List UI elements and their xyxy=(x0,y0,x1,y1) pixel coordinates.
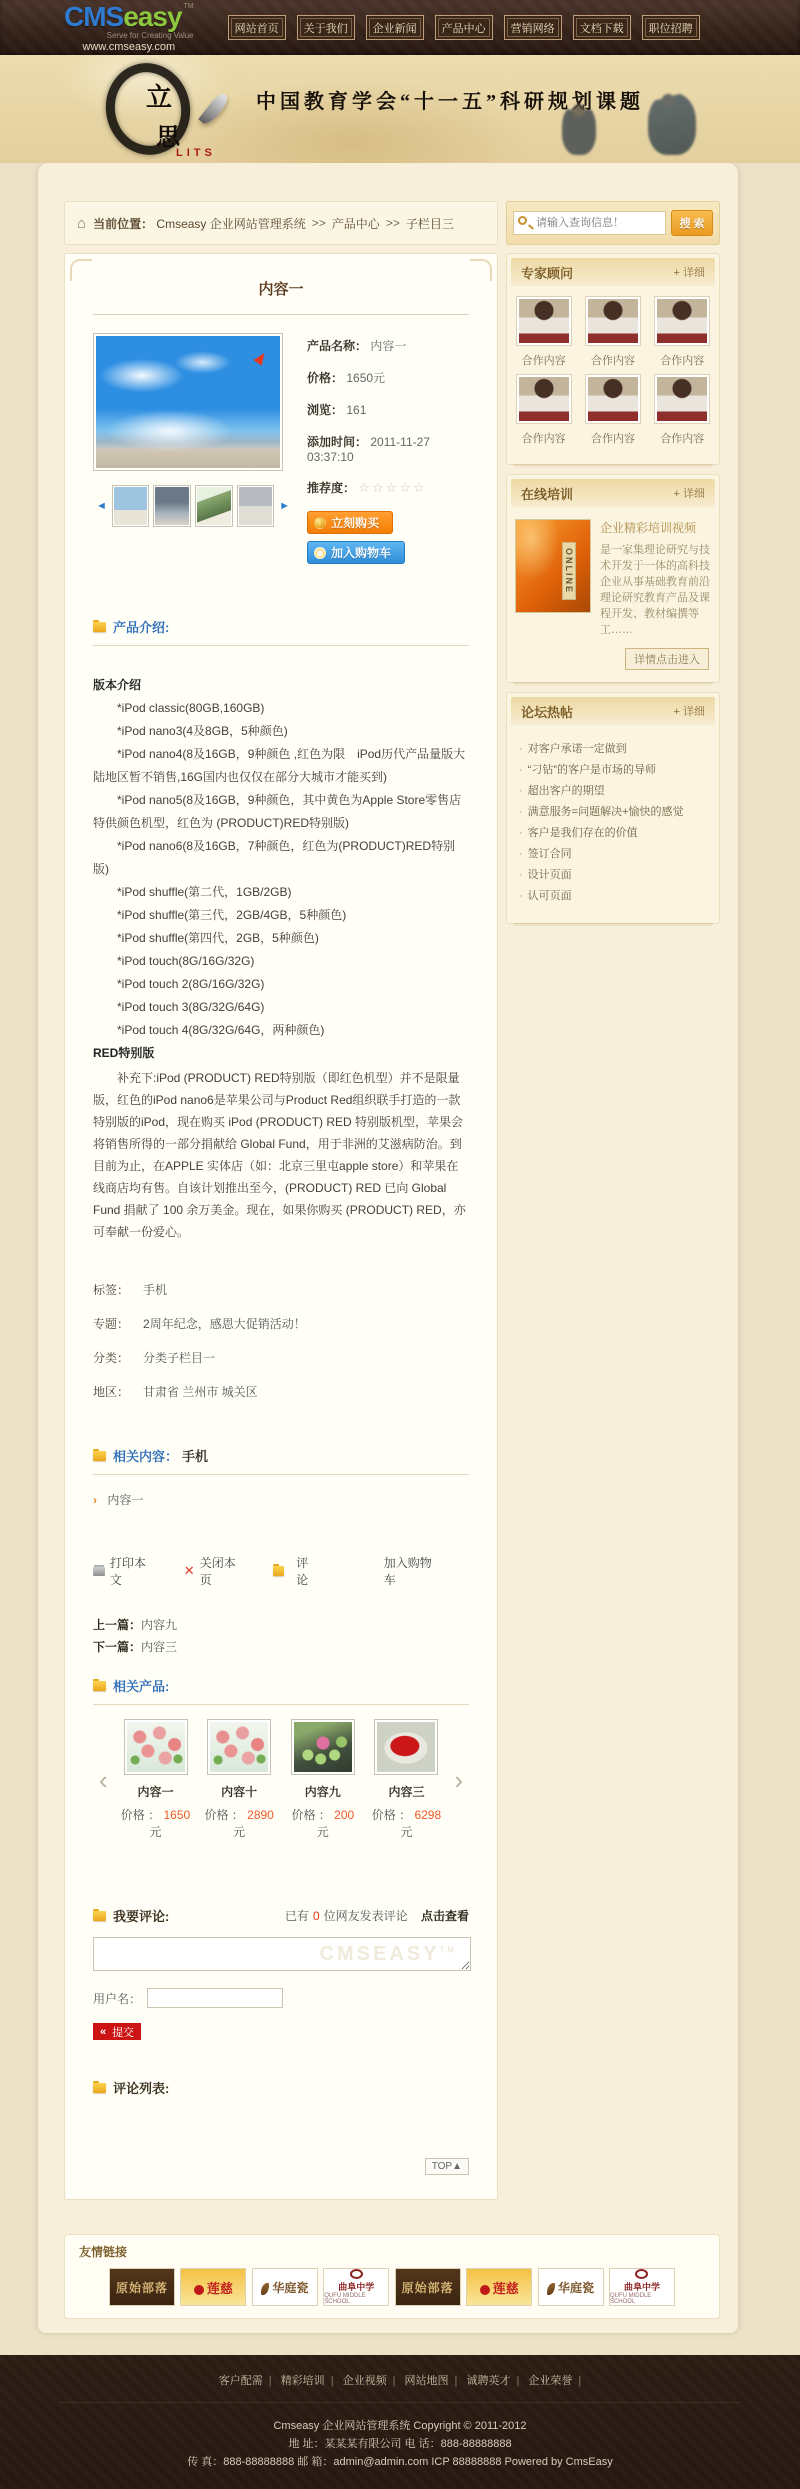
footer-link-sitemap[interactable]: 网站地图 xyxy=(405,2375,449,2387)
experts-header: 专家顾问 + 详细 xyxy=(511,258,715,286)
prev-next-nav: 上一篇：内容九 下一篇：内容三 xyxy=(93,1614,469,1658)
red-edition-paragraph: 补充下:iPod (PRODUCT) RED特别版（即红色机型）并不是限量版，红… xyxy=(93,1067,469,1243)
product-photo xyxy=(291,1719,355,1775)
article-toolbar: 打印本文 ✕ 关闭本页 评论 加入购物车 xyxy=(93,1554,469,1588)
nav-item-products[interactable]: 产品中心 xyxy=(435,15,493,40)
thumbnail-photo xyxy=(239,487,273,525)
bullet-icon: · xyxy=(519,785,523,797)
forum-post-link[interactable]: ·“刁钻”的客户是市场的导师 xyxy=(519,760,707,781)
submit-label: 提交 xyxy=(112,2024,134,2040)
friend-logo-porcelain[interactable]: 华庭瓷 xyxy=(538,2268,604,2306)
model-line: *iPod nano3(4及8GB，5种颜色) xyxy=(93,720,469,743)
forum-post-link[interactable]: ·认可页面 xyxy=(519,886,707,907)
training-description: 是一家集理论研究与技术开发于一体的高科技企业从事基础教育前沿理论研究教育产品及课… xyxy=(600,542,711,638)
footer-link-service[interactable]: 客户配需 xyxy=(219,2375,263,2387)
username-input[interactable] xyxy=(147,1988,283,2008)
model-line: *iPod nano6(8及16GB，7种颜色，红色为(PRODUCT)RED特… xyxy=(93,835,469,881)
logo-caption: QUFU MIDDLE SCHOOL xyxy=(324,2293,388,2305)
experts-grid: 合作内容 合作内容 合作内容 合作内容 xyxy=(507,290,719,452)
forum-post-link[interactable]: ·超出客户的期望 xyxy=(519,781,707,802)
footer-separator: | xyxy=(269,2375,272,2387)
expert-photo xyxy=(585,296,641,346)
model-line: *iPod shuffle(第三代，2GB/4GB，5种颜色) xyxy=(93,904,469,927)
expert-photo xyxy=(654,374,710,424)
nav-item-home[interactable]: 网站首页 xyxy=(228,15,286,40)
back-to-top-button[interactable]: TOP▲ xyxy=(425,2158,469,2175)
related-content-item[interactable]: › 内容一 xyxy=(93,1491,469,1508)
meta-topic-value[interactable]: 2周年纪念，感恩大促销活动！ xyxy=(143,1317,306,1331)
training-more-link[interactable]: + 详细 xyxy=(674,485,705,501)
submit-button[interactable]: « 提交 xyxy=(93,2023,141,2040)
product-rating-label: 推荐度： xyxy=(307,481,355,495)
product-meta: 标签：手机 专题：2周年纪念，感恩大促销活动！ 分类：分类子栏目一 地区：甘肃省… xyxy=(93,1281,469,1400)
forum-post-link[interactable]: ·满意服务=问题解决+愉快的感觉 xyxy=(519,802,707,823)
product-views-label: 浏览： xyxy=(307,403,343,417)
breadcrumb-separator: >> xyxy=(386,216,400,230)
footer-separator: | xyxy=(331,2375,334,2387)
logo-text: 曲阜中学 xyxy=(338,2280,374,2293)
next-label: 下一篇： xyxy=(93,1640,141,1654)
comment-heading: 我要评论: xyxy=(113,1906,169,1925)
submit-arrows: « xyxy=(100,2026,106,2038)
forum-header: 论坛热帖 + 详细 xyxy=(511,697,715,725)
footer-links: 客户配需| 精彩培训| 企业视频| 网站地图| 诚聘英才| 企业荣誉| xyxy=(0,2372,800,2388)
model-line: *iPod touch 3(8G/32G/64G) xyxy=(93,996,469,1019)
comment-input-area: CMSEASYTM xyxy=(93,1937,469,1974)
nav-item-jobs[interactable]: 职位招聘 xyxy=(642,15,700,40)
price-number: 6298 xyxy=(414,1808,441,1822)
breadcrumb-separator: >> xyxy=(312,216,326,230)
price-number: 2890 xyxy=(247,1808,274,1822)
meta-tag-value[interactable]: 手机 xyxy=(143,1283,167,1297)
sky-beach-photo xyxy=(96,336,280,468)
product-photo xyxy=(124,1719,188,1775)
forum-post-title: 满意服务=问题解决+愉快的感觉 xyxy=(528,806,684,818)
product-info: 产品名称： 内容一 价格： 1650元 浏览： 161 添加时间： 2011-1… xyxy=(293,333,469,571)
meta-region-value[interactable]: 甘肃省 兰州市 城关区 xyxy=(143,1385,258,1399)
logo-text: 莲慈 xyxy=(207,2281,233,2296)
nav-item-about[interactable]: 关于我们 xyxy=(297,15,355,40)
expert-caption[interactable]: 合作内容 xyxy=(582,352,644,368)
price-label: 价格 ： xyxy=(372,1808,411,1822)
price-unit: 元 xyxy=(233,1825,245,1839)
friend-logo-lotus[interactable]: 莲慈 xyxy=(180,2268,246,2306)
folder-icon xyxy=(93,622,106,632)
view-comments-link[interactable]: 点击查看 xyxy=(421,1909,469,1923)
bullet-icon: · xyxy=(519,764,523,776)
thumbnail-3[interactable] xyxy=(195,485,233,527)
logo-text-easy: easy xyxy=(123,3,181,31)
bullet-icon: · xyxy=(519,743,523,755)
logo-text: 原始部落 xyxy=(116,2279,168,2296)
close-page-button[interactable]: ✕ 关闭本页 xyxy=(184,1554,243,1588)
close-icon: ✕ xyxy=(184,1563,195,1579)
related-product-name[interactable]: 内容十 xyxy=(203,1783,275,1800)
banner-lits-text: LITS xyxy=(176,147,216,159)
thumb-next-arrow[interactable]: ► xyxy=(276,500,293,512)
forum-post-title: 对客户承诺一定做到 xyxy=(528,743,627,755)
footer-link-jobs[interactable]: 诚聘英才 xyxy=(466,2375,510,2387)
product-date-label: 添加时间： xyxy=(307,435,367,449)
search-button[interactable]: 搜 索 xyxy=(671,210,713,236)
bullet-icon: · xyxy=(519,806,523,818)
product-photo xyxy=(374,1719,438,1775)
seal-icon xyxy=(480,2285,490,2295)
product-detail-panel: 内容一 ◄ xyxy=(64,253,498,2200)
forum-title: 论坛热帖 xyxy=(521,702,573,721)
forum-post-title: 超出客户的期望 xyxy=(528,785,605,797)
expert-caption[interactable]: 合作内容 xyxy=(513,430,575,446)
price-label: 价格 ： xyxy=(204,1808,243,1822)
friend-logo-school[interactable]: 曲阜中学 QUFU MIDDLE SCHOOL xyxy=(609,2268,675,2306)
portrait-photo xyxy=(519,299,569,343)
folder-icon xyxy=(93,1681,106,1691)
forum-post-link[interactable]: ·签订合同 xyxy=(519,844,707,865)
related-products-heading: 相关产品: xyxy=(113,1676,169,1695)
ink-figure-art xyxy=(648,93,696,155)
portrait-photo xyxy=(519,377,569,421)
related-product-name[interactable]: 内容一 xyxy=(120,1783,192,1800)
related-content-keyword: 手机 xyxy=(182,1446,208,1465)
forum-post-link[interactable]: ·客户是我们存在的价值 xyxy=(519,823,707,844)
training-box: 在线培训 + 详细 ONLINE 企业精彩培训视频 是一家集理论研究与技术开发于… xyxy=(506,474,720,683)
footer-separator: | xyxy=(516,2375,519,2387)
training-detail-button[interactable]: 详情点击进入 xyxy=(625,648,709,670)
price-label: 价格 ： xyxy=(121,1808,160,1822)
expert-caption[interactable]: 合作内容 xyxy=(651,430,713,446)
banner: 立 思 中国教育学会“十一五”科研规划课题 LITS xyxy=(0,55,800,163)
related-product-card[interactable]: 内容一 价格 ： 1650元 xyxy=(120,1719,192,1840)
model-line: *iPod classic(80GB,160GB) xyxy=(93,697,469,720)
expert-caption[interactable]: 合作内容 xyxy=(513,352,575,368)
expert-photo xyxy=(516,374,572,424)
comment-count: 0 xyxy=(313,1909,320,1923)
product-description: 版本介绍 *iPod classic(80GB,160GB) *iPod nan… xyxy=(93,674,469,1243)
product-price-label: 价格： xyxy=(307,371,343,385)
friend-logo-school[interactable]: 曲阜中学 QUFU MIDDLE SCHOOL xyxy=(323,2268,389,2306)
nav-item-marketing[interactable]: 营销网络 xyxy=(504,15,562,40)
related-content-link[interactable]: 内容一 xyxy=(107,1493,143,1507)
rating-stars[interactable]: ☆☆☆☆☆ xyxy=(358,480,426,495)
friend-links-title: 友情链接 xyxy=(79,2243,705,2260)
footer-separator: | xyxy=(393,2375,396,2387)
bullet-icon: · xyxy=(519,890,523,902)
logo-tagline: Serve for Creating Value xyxy=(64,32,194,40)
related-content-heading: 相关内容： xyxy=(113,1446,178,1465)
product-name-label: 产品名称： xyxy=(307,339,367,353)
site-logo[interactable]: CMSeasyTM Serve for Creating Value www.c… xyxy=(64,3,194,53)
model-line: *iPod shuffle(第四代，2GB，5种颜色) xyxy=(93,927,469,950)
corner-flourish xyxy=(470,259,492,281)
leaf-icon xyxy=(547,2283,555,2295)
comment-list-section: 评论列表: xyxy=(93,2078,469,2106)
related-product-card[interactable]: 内容三 价格 ： 6298元 xyxy=(370,1719,442,1840)
comment-label: 评论 xyxy=(296,1554,317,1588)
expert-photo xyxy=(585,374,641,424)
forum-box: 论坛热帖 + 详细 ·对客户承诺一定做到 ·“刁钻”的客户是市场的导师 ·超出客… xyxy=(506,692,720,924)
copyright-line: Cmseasy 企业网站管理系统 Copyright © 2011-2012 xyxy=(0,2417,800,2435)
red-edition-title: RED特别版 xyxy=(93,1042,469,1065)
product-price-value: 1650元 xyxy=(346,371,385,385)
online-ribbon: ONLINE xyxy=(562,542,576,600)
logo-caption: QUFU MIDDLE SCHOOL xyxy=(610,2293,674,2305)
model-line: *iPod shuffle(第二代，1GB/2GB) xyxy=(93,881,469,904)
site-url: www.cmseasy.com xyxy=(64,42,194,53)
search-box: 搜 索 xyxy=(506,201,720,245)
portrait-photo xyxy=(657,377,707,421)
print-button[interactable]: 打印本文 xyxy=(93,1554,154,1588)
portrait-photo xyxy=(588,299,638,343)
section-related-content: 相关内容： 手机 xyxy=(93,1446,469,1475)
price-unit: 元 xyxy=(400,1825,412,1839)
expert-card[interactable]: 合作内容 xyxy=(582,296,644,368)
banner-title: 中国教育学会“十一五”科研规划课题 xyxy=(256,85,676,114)
forum-post-title: 签订合同 xyxy=(528,848,572,860)
comment-stats: 已有0位网友发表评论 点击查看 xyxy=(285,1907,469,1924)
forum-more-link[interactable]: + 详细 xyxy=(674,703,705,719)
experts-title: 专家顾问 xyxy=(521,263,573,282)
site-header: CMSeasyTM Serve for Creating Value www.c… xyxy=(0,0,800,55)
forum-list: ·对客户承诺一定做到 ·“刁钻”的客户是市场的导师 ·超出客户的期望 ·满意服务… xyxy=(507,729,719,911)
logo-text: 原始部落 xyxy=(402,2279,454,2296)
nav-item-downloads[interactable]: 文档下载 xyxy=(573,15,631,40)
food-photo xyxy=(210,1722,268,1772)
price-number: 1650 xyxy=(163,1808,190,1822)
bullet-icon: · xyxy=(519,869,523,881)
stats-prefix: 已有 xyxy=(285,1909,309,1923)
home-icon[interactable]: ⌂ xyxy=(77,215,86,232)
address-line: 地 址：某某某有限公司 电 话：888-88888888 xyxy=(0,2435,800,2453)
carousel-prev-arrow[interactable]: ‹ xyxy=(93,1767,114,1793)
training-video-title[interactable]: 企业精彩培训视频 xyxy=(600,519,711,536)
section-related-products: 相关产品: xyxy=(93,1676,469,1705)
leaf-icon xyxy=(261,2283,269,2295)
friend-logo-tribe[interactable]: 原始部落 xyxy=(395,2268,461,2306)
folder-icon xyxy=(93,1911,106,1921)
section-product-intro: 产品介绍: xyxy=(93,617,469,646)
main-nav: 网站首页 关于我们 企业新闻 产品中心 营销网络 文档下载 职位招聘 xyxy=(228,15,700,40)
comment-textarea[interactable] xyxy=(93,1937,471,1971)
price-unit: 元 xyxy=(149,1825,161,1839)
add-to-cart-label: 加入购物车 xyxy=(331,544,391,561)
model-line: *iPod nano4(8及16GB，9种颜色 ,红色为限 iPod历代产品量版… xyxy=(93,743,469,789)
footer-separator: | xyxy=(578,2375,581,2387)
school-seal-icon xyxy=(635,2269,648,2279)
thumbnail-carousel: ◄ ► xyxy=(93,485,293,527)
forum-post-title: 设计页面 xyxy=(528,869,572,881)
footer-divider xyxy=(60,2402,740,2403)
thumb-prev-arrow[interactable]: ◄ xyxy=(93,500,110,512)
prev-label: 上一篇： xyxy=(93,1618,141,1632)
thumbnail-4[interactable] xyxy=(237,485,275,527)
expert-card[interactable]: 合作内容 xyxy=(651,296,713,368)
logo-text: 华庭瓷 xyxy=(272,2281,308,2295)
sidebar: 专家顾问 + 详细 合作内容 合作内容 合作内容 xyxy=(506,253,720,933)
ink-figure-art xyxy=(562,103,596,155)
meta-region-label: 地区： xyxy=(93,1385,129,1399)
product-views-value: 161 xyxy=(346,403,366,417)
training-title: 在线培训 xyxy=(521,484,573,503)
expert-card[interactable]: 合作内容 xyxy=(651,374,713,446)
friend-logo-lotus[interactable]: 莲慈 xyxy=(466,2268,532,2306)
nav-item-news[interactable]: 企业新闻 xyxy=(366,15,424,40)
expert-caption[interactable]: 合作内容 xyxy=(651,352,713,368)
expert-photo xyxy=(516,296,572,346)
breadcrumb: ⌂ 当前位置： Cmseasy 企业网站管理系统 >> 产品中心 >> 子栏目三 xyxy=(64,201,498,245)
expert-card[interactable]: 合作内容 xyxy=(513,374,575,446)
breadcrumb-link-products[interactable]: 产品中心 xyxy=(332,215,380,232)
logo-text: 曲阜中学 xyxy=(624,2280,660,2293)
footer-separator: | xyxy=(455,2375,458,2387)
comment-list-heading: 评论列表: xyxy=(113,2078,169,2097)
thumbnail-photo xyxy=(197,487,231,525)
footer-copyright: Cmseasy 企业网站管理系统 Copyright © 2011-2012 地… xyxy=(0,2417,800,2471)
portrait-photo xyxy=(588,377,638,421)
thumbnail-photo xyxy=(155,487,189,525)
bullet-icon: · xyxy=(519,827,523,839)
cart-icon xyxy=(314,547,326,559)
toolbar-add-cart-link[interactable]: 加入购物车 xyxy=(384,1554,439,1588)
related-product-name[interactable]: 内容三 xyxy=(370,1783,442,1800)
forum-post-title: 认可页面 xyxy=(528,890,572,902)
price-label: 价格 ： xyxy=(291,1808,330,1822)
thumbnail-photo xyxy=(114,487,148,525)
add-to-cart-button[interactable]: 加入购物车 xyxy=(307,541,405,564)
carousel-next-arrow[interactable]: › xyxy=(448,1767,469,1793)
portrait-photo xyxy=(657,299,707,343)
school-seal-icon xyxy=(350,2269,363,2279)
username-label: 用户名： xyxy=(93,1990,141,2007)
kite-in-photo xyxy=(253,350,268,366)
footer-link-training[interactable]: 精彩培训 xyxy=(281,2375,325,2387)
model-line: *iPod touch 4(8G/32G/64G，两种颜色) xyxy=(93,1019,469,1042)
forum-post-title: “刁钻”的客户是市场的导师 xyxy=(528,764,656,776)
related-product-name[interactable]: 内容九 xyxy=(287,1783,359,1800)
expert-card[interactable]: 合作内容 xyxy=(513,296,575,368)
bullet-icon: · xyxy=(519,848,523,860)
expert-card[interactable]: 合作内容 xyxy=(582,374,644,446)
meta-category-value[interactable]: 分类子栏目一 xyxy=(143,1351,215,1365)
fax-line: 传 真：888-88888888 邮 箱：admin@admin.com ICP… xyxy=(0,2453,800,2471)
calligraphy-char-li: 立 xyxy=(146,77,172,114)
breadcrumb-label: 当前位置： xyxy=(93,215,153,232)
friend-logo-porcelain[interactable]: 华庭瓷 xyxy=(252,2268,318,2306)
arrow-bullet-icon: › xyxy=(93,1493,97,1507)
site-footer: 客户配需| 精彩培训| 企业视频| 网站地图| 诚聘英才| 企业荣誉| Cmse… xyxy=(0,2355,800,2489)
username-row: 用户名： xyxy=(93,1988,469,2008)
version-intro-title: 版本介绍 xyxy=(93,674,469,697)
printer-icon xyxy=(93,1567,105,1576)
meta-tag-label: 标签： xyxy=(93,1283,129,1297)
related-product-card[interactable]: 内容九 价格 ： 200元 xyxy=(287,1719,359,1840)
experts-box: 专家顾问 + 详细 合作内容 合作内容 合作内容 xyxy=(506,253,720,465)
model-line: *iPod touch(8G/16G/32G) xyxy=(93,950,469,973)
friend-logo-tribe[interactable]: 原始部落 xyxy=(109,2268,175,2306)
buy-now-label: 立刻购买 xyxy=(331,514,379,531)
price-number: 200 xyxy=(334,1808,354,1822)
meta-topic-label: 专题： xyxy=(93,1317,129,1331)
close-label: 关闭本页 xyxy=(200,1554,243,1588)
buy-now-button[interactable]: 立刻购买 xyxy=(307,511,393,534)
comment-section-head: 我要评论: 已有0位网友发表评论 点击查看 xyxy=(93,1906,469,1925)
food-photo xyxy=(127,1722,185,1772)
food-photo xyxy=(294,1722,352,1772)
friend-links-row: 原始部落 莲慈 华庭瓷 曲阜中学 QUFU MIDDLE SCHOOL 原始部落… xyxy=(79,2268,705,2306)
related-products-carousel: ‹ 内容一 价格 ： 1650元 内容十 价格 ： 2890元 xyxy=(93,1719,469,1840)
coin-icon xyxy=(314,517,326,529)
folder-icon xyxy=(273,1566,285,1576)
meta-category-label: 分类： xyxy=(93,1351,129,1365)
brush-art xyxy=(198,91,230,127)
product-main-image[interactable] xyxy=(93,333,283,471)
search-input[interactable] xyxy=(513,211,666,235)
folder-icon xyxy=(93,1451,106,1461)
next-article-link[interactable]: 内容三 xyxy=(141,1640,177,1654)
logo-text-cms: CMS xyxy=(64,3,123,31)
product-photo xyxy=(207,1719,271,1775)
divider xyxy=(93,314,469,315)
folder-icon xyxy=(93,2083,106,2093)
breadcrumb-link-subcategory[interactable]: 子栏目三 xyxy=(406,215,454,232)
price-unit: 元 xyxy=(317,1825,329,1839)
prev-article-link[interactable]: 内容九 xyxy=(141,1618,177,1632)
comment-button[interactable]: 评论 xyxy=(273,1554,318,1588)
product-intro-heading: 产品介绍: xyxy=(113,617,169,636)
thumbnail-2[interactable] xyxy=(153,485,191,527)
food-photo xyxy=(377,1722,435,1772)
product-name-value: 内容一 xyxy=(370,339,406,353)
page-title: 内容一 xyxy=(93,254,469,299)
seal-icon xyxy=(194,2285,204,2295)
forum-post-title: 客户是我们存在的价值 xyxy=(528,827,638,839)
thumbnail-1[interactable] xyxy=(112,485,150,527)
logo-text: 莲慈 xyxy=(493,2281,519,2296)
friend-links-panel: 友情链接 原始部落 莲慈 华庭瓷 曲阜中学 QUFU MIDDLE SCHOOL… xyxy=(64,2234,720,2319)
experts-more-link[interactable]: + 详细 xyxy=(674,264,705,280)
footer-link-honor[interactable]: 企业荣誉 xyxy=(528,2375,572,2387)
breadcrumb-link-root[interactable]: Cmseasy 企业网站管理系统 xyxy=(156,215,305,232)
expert-caption[interactable]: 合作内容 xyxy=(582,430,644,446)
stats-suffix: 位网友发表评论 xyxy=(324,1909,408,1923)
corner-flourish xyxy=(70,259,92,281)
logo-text: 华庭瓷 xyxy=(558,2281,594,2295)
logo-trademark: TM xyxy=(184,3,194,10)
training-photo[interactable]: ONLINE xyxy=(515,519,591,613)
print-label: 打印本文 xyxy=(110,1554,154,1588)
model-line: *iPod nano5(8及16GB，9种颜色，其中黄色为Apple Store… xyxy=(93,789,469,835)
forum-post-link[interactable]: ·对客户承诺一定做到 xyxy=(519,739,707,760)
related-product-card[interactable]: 内容十 价格 ： 2890元 xyxy=(203,1719,275,1840)
footer-link-video[interactable]: 企业视频 xyxy=(343,2375,387,2387)
forum-post-link[interactable]: ·设计页面 xyxy=(519,865,707,886)
model-line: *iPod touch 2(8G/16G/32G) xyxy=(93,973,469,996)
search-icon xyxy=(518,216,527,225)
training-header: 在线培训 + 详细 xyxy=(511,479,715,507)
content-wrapper: ⌂ 当前位置： Cmseasy 企业网站管理系统 >> 产品中心 >> 子栏目三… xyxy=(38,163,738,2333)
expert-photo xyxy=(654,296,710,346)
